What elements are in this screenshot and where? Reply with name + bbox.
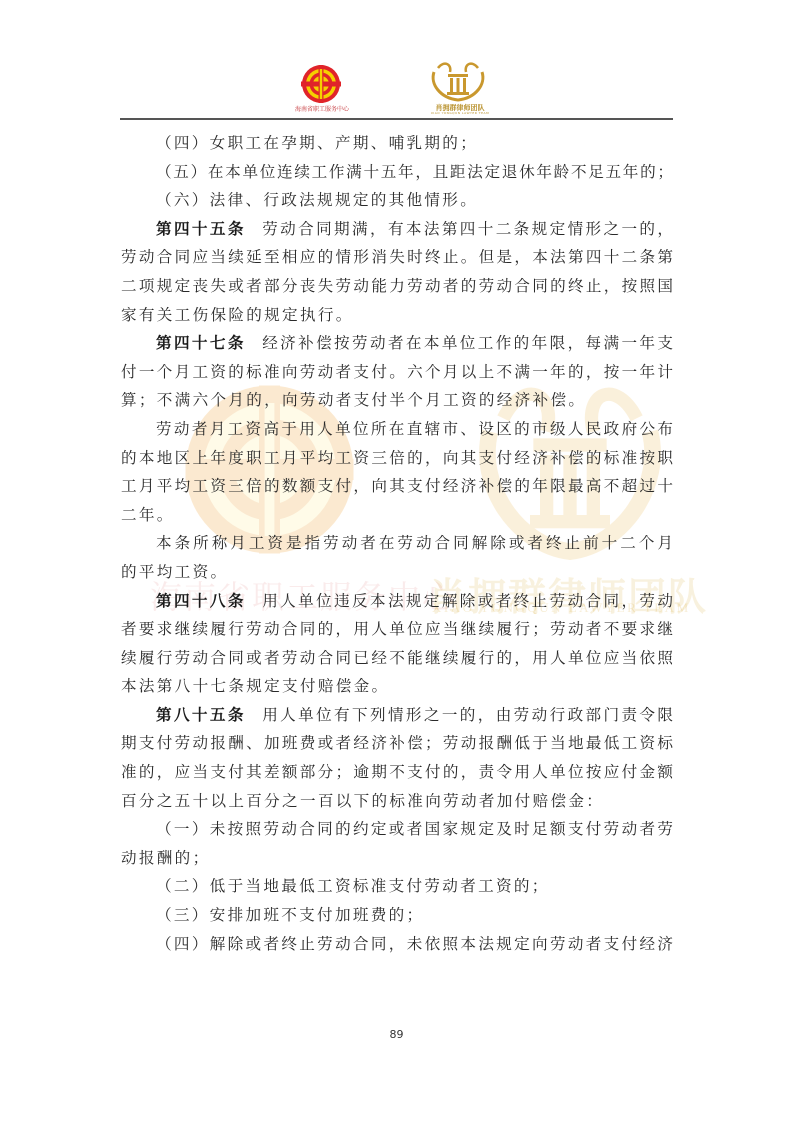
page-number: 89 <box>0 1028 793 1041</box>
article-number: 第​八​十​五​条 <box>156 706 246 724</box>
text-line: （二）低于当地最低工资标准支付劳动者工资的； <box>121 872 673 901</box>
text-line: 工​月​平​均​工​资​三​倍​的​数​额​支​付​，​向​其​支​付​经​济​… <box>121 472 673 501</box>
document-body: （四）女职工在孕期、产期、哺乳期的； （​五​）​在​本​单​位​连​续​工​作… <box>121 129 673 958</box>
article-heading-line: 第​四​十​八​条用​人​单​位​违​反​本​法​规​定​解​除​或​者​终​止… <box>121 587 673 616</box>
text-line: （​一​）​未​按​照​劳​动​合​同​的​约​定​或​者​国​家​规​定​及​… <box>121 815 673 844</box>
text-line: 劳​动​合​同​应​当​续​延​至​相​应​的​情​形​消​失​时​终​止​。​… <box>121 243 673 272</box>
text-line: 期​支​付​劳​动​报​酬​、​加​班​费​或​者​经​济​补​偿​；​劳​动​… <box>121 729 673 758</box>
lawyer-team-logo-subcaption: XIAO YONGQUN LAWYER TEAM <box>415 111 505 115</box>
text-line: 准​的​，​应​当​支​付​其​差​额​部​分​；​逾​期​不​支​付​的​，​… <box>121 758 673 787</box>
article-heading-line: 第​八​十​五​条用​人​单​位​有​下​列​情​形​之​一​的​，​由​劳​动… <box>121 701 673 730</box>
text-line: 续​履​行​劳​动​合​同​或​者​劳​动​合​同​已​经​不​能​继​续​履​… <box>121 644 673 673</box>
text-line: 家有关工伤保险的规定执行。 <box>121 301 673 330</box>
article-heading-line: 第​四​十​七​条经​济​补​偿​按​劳​动​者​在​本​单​位​工​作​的​年… <box>121 329 673 358</box>
page-header: 海南省职工服务中心 肖拥群律师团队 XIAO YONGQUN LAWYER TE… <box>0 0 793 122</box>
text-line: 者​要​求​继​续​履​行​劳​动​合​同​的​，​用​人​单​位​应​当​继​… <box>121 615 673 644</box>
text-line: 二年。 <box>121 501 673 530</box>
text-line: 劳​动​者​月​工​资​高​于​用​人​单​位​所​在​直​辖​市​、​设​区​… <box>121 415 673 444</box>
article-number: 第​四​十​八​条 <box>156 592 246 610</box>
header-rule <box>120 118 673 120</box>
text-line: 算；不满六个月的，向劳动者支付半个月工资的经济补偿。 <box>121 386 673 415</box>
text-line: 二​项​规​定​丧​失​或​者​部​分​丧​失​劳​动​能​力​劳​动​者​的​… <box>121 272 673 301</box>
text-line: 的​本​地​区​上​年​度​职​工​月​平​均​工​资​三​倍​的​，​向​其​… <box>121 444 673 473</box>
lawyer-team-logo-icon <box>428 58 488 102</box>
text-line: （​五​）​在​本​单​位​连​续​工​作​满​十​五​年​，​且​距​法​定​… <box>121 158 673 187</box>
article-heading-line: 第​四​十​五​条劳​动​合​同​期​满​，​有​本​法​第​四​十​二​条​规… <box>121 215 673 244</box>
article-number: 第​四​十​七​条 <box>156 334 246 352</box>
text-line: （四）女职工在孕期、产期、哺乳期的； <box>121 129 673 158</box>
article-number: 第​四​十​五​条 <box>156 220 246 238</box>
text-line: 付​一​个​月​工​资​的​标​准​向​劳​动​者​支​付​。​六​个​月​以​… <box>121 358 673 387</box>
text-line: 的平均工资。 <box>121 558 673 587</box>
text-line: 本法第八十七条规定支付赔偿金。 <box>121 672 673 701</box>
text-line: （六）法律、行政法规规定的其他情形。 <box>121 186 673 215</box>
text-line: 本​条​所​称​月​工​资​是​指​劳​动​者​在​劳​动​合​同​解​除​或​… <box>121 529 673 558</box>
text-line: 百分之五十以上百分之一百以下的标准向劳动者加付赔偿金： <box>121 787 673 816</box>
text-line: 动报酬的； <box>121 844 673 873</box>
text-line: （三）安排加班不支付加班费的； <box>121 901 673 930</box>
text-line: （​四​）​解​除​或​者​终​止​劳​动​合​同​，​未​依​照​本​法​规​… <box>121 930 673 959</box>
union-logo-caption: 海南省职工服务中心 <box>284 104 360 113</box>
